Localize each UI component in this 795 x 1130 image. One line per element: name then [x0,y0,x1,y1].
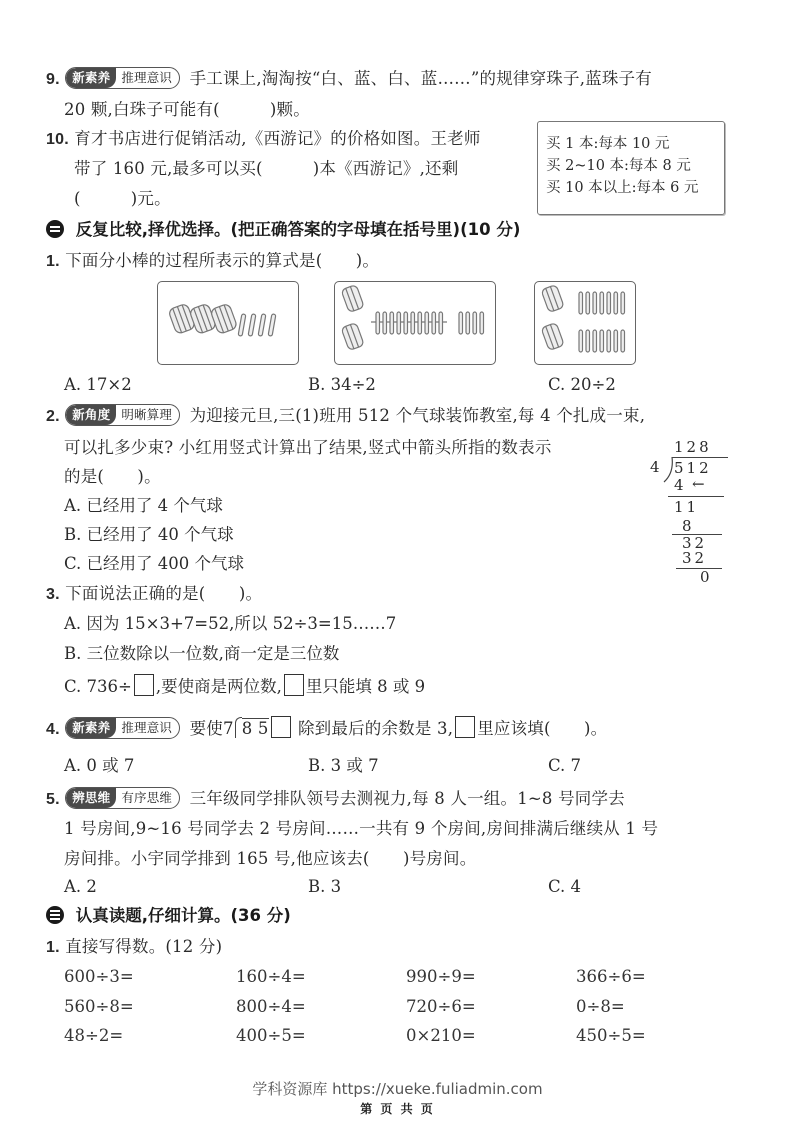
option-b: B. 34÷2 [308,374,376,396]
s2-question-2: 2. 新角度明晰算理 为迎接元旦,三(1)班用 512 个气球装饰教室,每 4 … [46,404,645,428]
section-2-heading: 反复比较,择优选择。(把正确答案的字母填在括号里)(10 分) [46,219,520,241]
arrow-icon: ← [692,475,708,493]
calc-item: 720÷6= [406,996,476,1018]
question-number: 1. [46,253,60,270]
section-title: 反复比较,择优选择。(把正确答案的字母填在括号里)(10 分) [76,220,521,239]
option-c: C. 736÷,要使商是两位数,里只能填 8 或 9 [64,674,425,698]
calc-item: 400÷5= [236,1025,306,1047]
section-3-heading: 认真读题,仔细计算。(36 分) [46,905,291,927]
s2-question-3: 3. 下面说法正确的是( )。 [46,583,262,606]
s2-q5-line3: 房间排。小宇同学排到 165 号,他应该去( )号房间。 [64,848,476,870]
price-row: 买 1 本:每本 10 元 [538,133,724,155]
section-number-two-icon [46,220,64,238]
option-a: A. 17×2 [64,374,132,396]
s2-q2-line2: 可以扎多少束? 小红用竖式计算出了结果,竖式中箭头所指的数表示 [64,437,552,459]
calc-item: 48÷2= [64,1025,123,1047]
question-text: 除到最后的余数是 3, [298,719,453,738]
question-10: 10. 育才书店进行促销活动,《西游记》的价格如图。王老师 [46,128,481,151]
question-number: 5. [46,791,60,808]
sticks-picture-c [534,281,636,365]
question-text: 里应该填( )。 [477,719,607,738]
calc-item: 990÷9= [406,966,476,988]
option-a: A. 因为 15×3+7=52,所以 52÷3=15……7 [64,613,396,635]
watermark-link[interactable]: 学科资源库 https://xueke.fuliadmin.com [0,1078,795,1099]
sticks-picture-b [334,281,496,365]
s2-question-4: 4. 新素养推理意识 要使78 5 除到最后的余数是 3,里应该填( )。 [46,716,607,741]
divisor: 4 [650,458,663,476]
option-a: A. 0 或 7 [64,755,134,777]
question-text: 为迎接元旦,三(1)班用 512 个气球装饰教室,每 4 个扎成一束, [190,406,646,425]
division-bracket-icon [235,717,242,738]
dividend: 8 5 [242,718,269,738]
sticks-bundles-icon [158,282,298,364]
calc-item: 600÷3= [64,966,134,988]
tag-badge: 新素养推理意识 [65,717,180,739]
option-c-text: 里只能填 8 或 9 [306,677,425,696]
section-number-three-icon [46,906,64,924]
question-9-line2: 20 颗,白珠子可能有( )颗。 [64,99,310,121]
question-text: 下面分小棒的过程所表示的算式是( )。 [65,251,379,270]
question-text: 下面说法正确的是( )。 [65,584,262,603]
calc-item: 160÷4= [236,966,306,988]
option-c: C. 20÷2 [548,374,616,396]
option-c-text: C. 736÷ [64,677,132,696]
calc-item: 450÷5= [576,1025,646,1047]
page-number: 第 页 共 页 [0,1100,795,1117]
s2-q2-line3: 的是( )。 [64,466,161,488]
question-number: 9. [46,71,60,88]
step-value: 11 [674,498,699,516]
question-text: 育才书店进行促销活动,《西游记》的价格如图。王老师 [74,129,480,148]
option-a: A. 已经用了 4 个气球 [64,495,223,517]
blank-box [271,716,291,738]
long-division: 128 4 512 4 ← 11 8 32 32 0 [640,438,730,588]
question-text: 直接写得数。(12 分) [65,937,222,956]
calc-item: 366÷6= [576,966,646,988]
calc-item: 560÷8= [64,996,134,1018]
option-c-text: ,要使商是两位数, [156,677,282,696]
option-a: A. 2 [64,876,97,898]
sticks-bundles-icon [535,282,635,364]
section-title: 认真读题,仔细计算。(36 分) [76,906,291,925]
step-value: 8 [682,517,695,535]
tag-badge: 新角度明晰算理 [65,404,180,426]
question-number: 10. [46,131,69,148]
quotient: 128 [674,438,712,456]
s2-question-5: 5. 辨思维有序思维 三年级同学排队领号去测视力,每 8 人一组。1~8 号同学… [46,787,625,811]
price-row: 买 2~10 本:每本 8 元 [538,155,724,177]
remainder: 0 [700,568,713,586]
step-value: 4 [674,476,687,494]
question-text: 三年级同学排队领号去测视力,每 8 人一组。1~8 号同学去 [190,789,625,808]
question-number: 3. [46,586,60,603]
blank-box [455,716,475,738]
question-10-line2: 带了 160 元,最多可以买( )本《西游记》,还剩 [74,158,458,180]
option-b: B. 3 [308,876,341,898]
step-value: 32 [682,549,707,567]
calc-item: 0×210= [406,1025,476,1047]
option-b: B. 三位数除以一位数,商一定是三位数 [64,643,339,665]
s2-question-1: 1. 下面分小棒的过程所表示的算式是( )。 [46,250,379,273]
price-row: 买 10 本以上:每本 6 元 [538,177,724,199]
division-bracket-icon [662,457,674,483]
blank-box [134,674,154,696]
calc-item: 800÷4= [236,996,306,1018]
question-number: 1. [46,939,60,956]
sticks-picture-a [157,281,299,365]
price-table: 买 1 本:每本 10 元 买 2~10 本:每本 8 元 买 10 本以上:每… [537,121,725,215]
option-b: B. 已经用了 40 个气球 [64,524,234,546]
option-c: C. 4 [548,876,581,898]
option-b: B. 3 或 7 [308,755,379,777]
question-10-line3: ( )元。 [74,188,171,210]
option-c: C. 已经用了 400 个气球 [64,553,244,575]
s3-question-1: 1. 直接写得数。(12 分) [46,936,222,959]
question-text: 要使 [190,719,223,738]
divisor: 7 [223,719,234,738]
calc-item: 0÷8= [576,996,625,1018]
question-number: 2. [46,408,60,425]
question-number: 4. [46,721,60,738]
option-c: C. 7 [548,755,581,777]
question-9: 9. 新素养推理意识 手工课上,淘淘按“白、蓝、白、蓝……”的规律穿珠子,蓝珠子… [46,67,652,91]
tag-badge: 新素养推理意识 [65,67,180,89]
question-text: 手工课上,淘淘按“白、蓝、白、蓝……”的规律穿珠子,蓝珠子有 [190,69,652,88]
sticks-bundles-icon [335,282,495,364]
s2-q5-line2: 1 号房间,9~16 号同学去 2 号房间……一共有 9 个房间,房间排满后继续… [64,818,658,840]
blank-box [284,674,304,696]
tag-badge: 辨思维有序思维 [65,787,180,809]
